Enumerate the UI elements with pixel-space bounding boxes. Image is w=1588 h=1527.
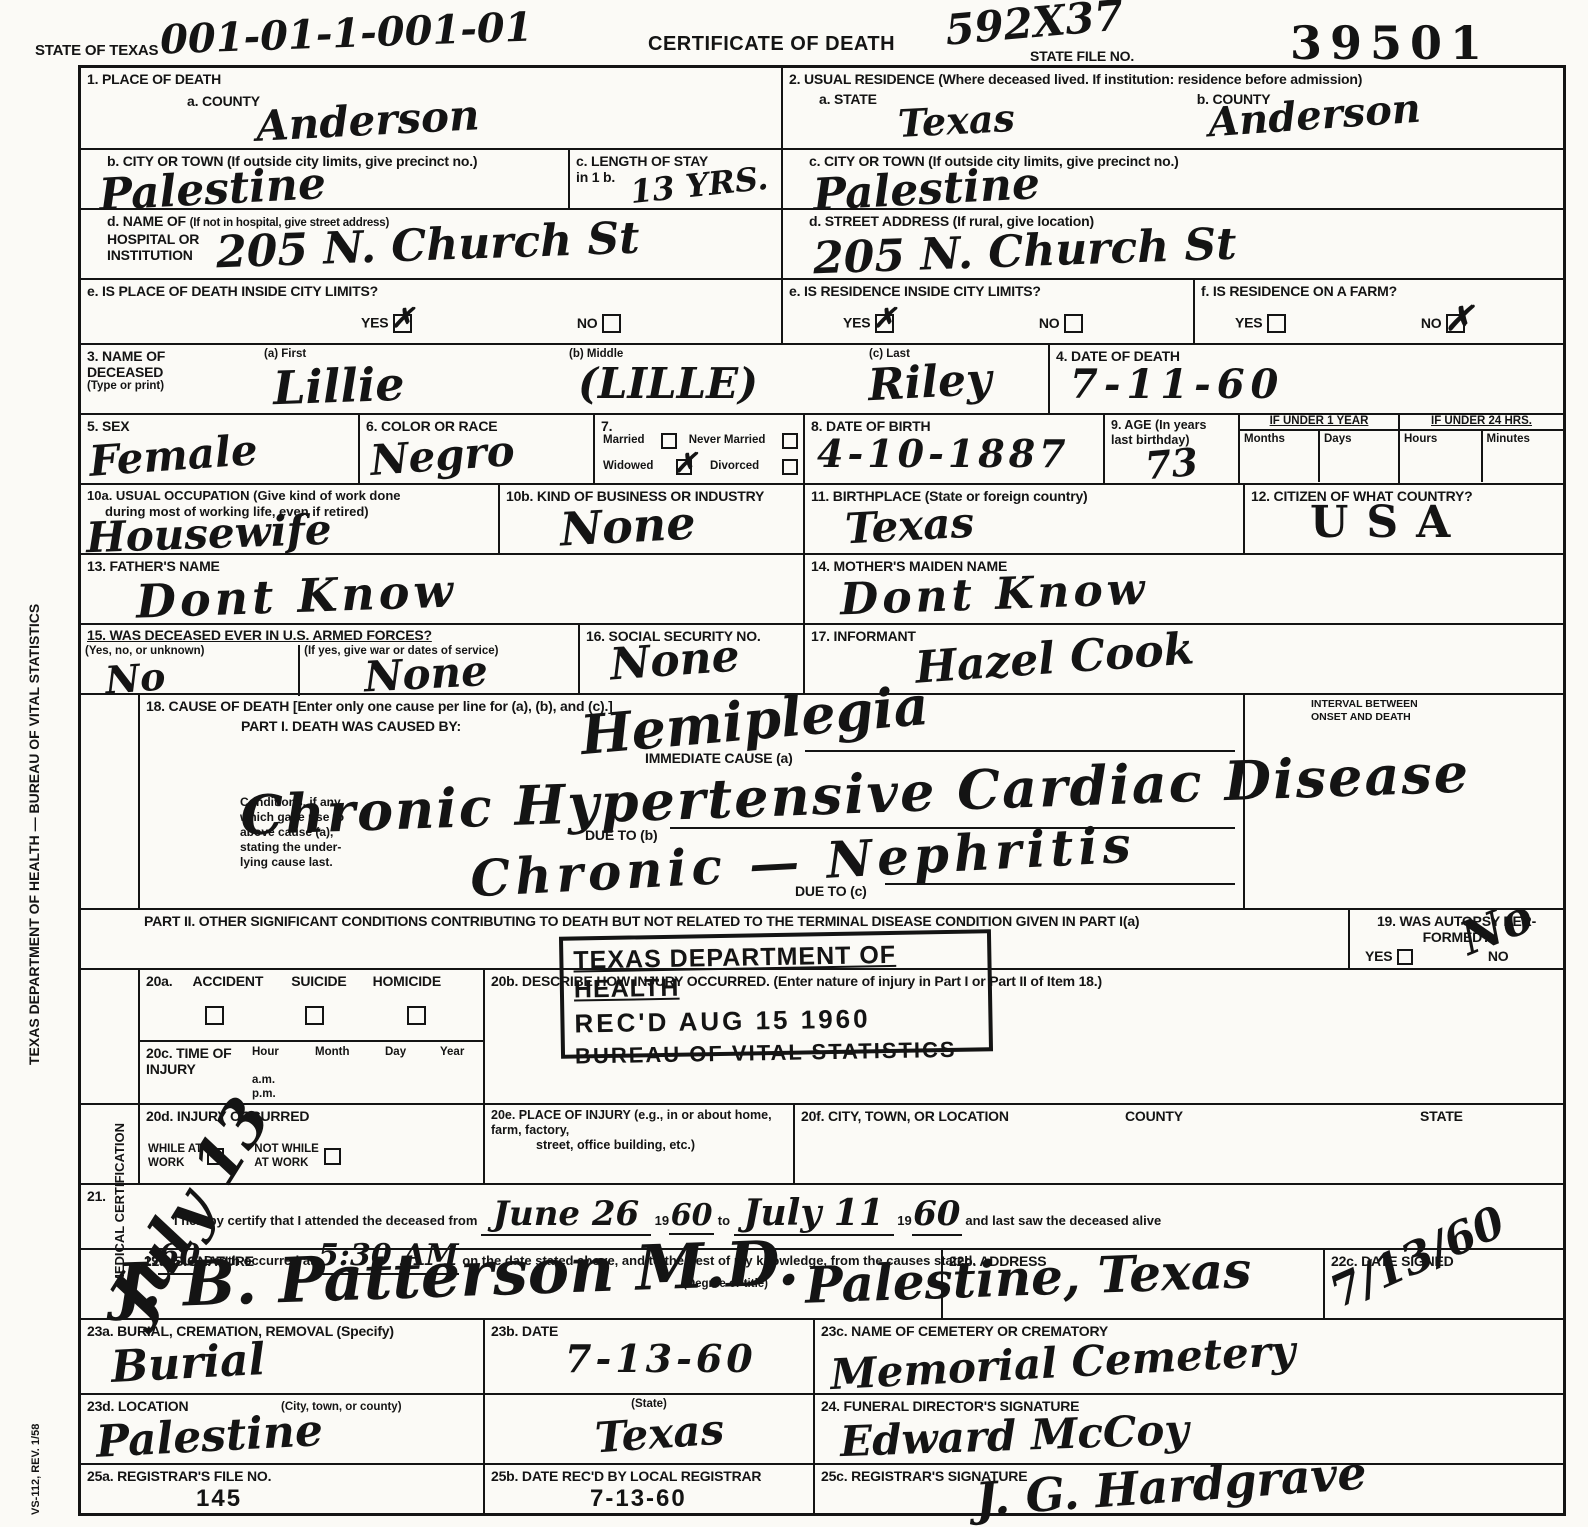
field-place-of-injury: 20e. PLACE OF INJURY (e.g., in or about … bbox=[483, 1105, 793, 1183]
item-21-label: 21. bbox=[87, 1188, 132, 1204]
yes-checkbox-mark: ✗ bbox=[873, 305, 896, 332]
divorced-label: Divorced bbox=[710, 460, 759, 474]
item-20a-label: 20a. bbox=[146, 973, 172, 989]
field-first-name: (a) First Lillie bbox=[258, 345, 563, 413]
field-burial-date: 23b. DATE 7-13-60 bbox=[483, 1320, 813, 1393]
field-cemetery-name: 23c. NAME OF CEMETERY OR CREMATORY Memor… bbox=[813, 1320, 1563, 1393]
hours-label: Hours bbox=[1400, 431, 1481, 482]
field-hospital-name: d. NAME OF (If not in hospital, give str… bbox=[81, 210, 781, 278]
name-title-2: DECEASED bbox=[87, 364, 252, 380]
field-age: 9. AGE (In years last birthday) 73 bbox=[1103, 415, 1238, 483]
medical-certification-strip bbox=[81, 970, 138, 1103]
field-date-received: 25b. DATE REC'D BY LOCAL REGISTRAR 7-13-… bbox=[483, 1465, 813, 1513]
birthplace-label: 11. BIRTHPLACE (State or foreign country… bbox=[811, 488, 1237, 504]
autopsy-yes-checkbox bbox=[1397, 949, 1413, 965]
row-sex-race-marital-birth: 5. SEX Female 6. COLOR OR RACE Negro 7. … bbox=[81, 413, 1563, 483]
field-injury-city-county-state: 20f. CITY, TOWN, OR LOCATION COUNTY STAT… bbox=[793, 1105, 1563, 1183]
field-if-under-24-hrs: IF UNDER 24 HRS. Hours Minutes bbox=[1398, 415, 1563, 483]
field-death-city-limits: e. IS PLACE OF DEATH INSIDE CITY LIMITS?… bbox=[81, 280, 781, 343]
date-of-birth-value: 4-10-1887 bbox=[817, 431, 1070, 476]
color-race-value: Negro bbox=[368, 426, 516, 485]
row-institution-address: d. NAME OF (If not in hospital, give str… bbox=[81, 208, 1563, 278]
field-residence-city: c. CITY OR TOWN (If outside city limits,… bbox=[781, 150, 1563, 208]
field-citizen: 12. CITIZEN OF WHAT COUNTRY? USA bbox=[1243, 485, 1563, 553]
homicide-label: HOMICIDE bbox=[373, 973, 441, 989]
accident-checkbox bbox=[205, 1006, 224, 1025]
field-accident-suicide-homicide: 20a. ACCIDENT SUICIDE HOMICIDE 20c. TIME… bbox=[138, 970, 483, 1103]
never-married-label: Never Married bbox=[689, 434, 766, 448]
age-value: 73 bbox=[1143, 439, 1200, 488]
armed-forces-label: 15. WAS DECEASED EVER IN U.S. ARMED FORC… bbox=[81, 625, 578, 645]
yes-checkbox: ✗ bbox=[875, 314, 894, 333]
no-label: NO bbox=[1421, 315, 1442, 331]
burial-date-value: 7-13-60 bbox=[565, 1336, 757, 1381]
received-stamp: TEXAS DEPARTMENT OF HEALTH REC'D AUG 15 … bbox=[559, 929, 993, 1059]
field-occupation: 10a. USUAL OCCUPATION (Give kind of work… bbox=[81, 485, 498, 553]
field-if-under-1-year: IF UNDER 1 YEAR Months Days bbox=[1238, 415, 1398, 483]
field-business-industry: 10b. KIND OF BUSINESS OR INDUSTRY None bbox=[498, 485, 803, 553]
row-burial: 23a. BURIAL, CREMATION, REMOVAL (Specify… bbox=[81, 1318, 1563, 1393]
occupation-label-1: 10a. USUAL OCCUPATION (Give kind of work… bbox=[87, 488, 492, 504]
first-name-value: Lillie bbox=[272, 357, 405, 416]
divorced-checkbox bbox=[782, 459, 798, 475]
burial-location-label: 23d. LOCATION bbox=[87, 1398, 188, 1414]
row-name-of-deceased: 3. NAME OF DECEASED (Type or print) (a) … bbox=[81, 343, 1563, 413]
last-name-value: Riley bbox=[867, 354, 993, 411]
yes-label: YES bbox=[361, 315, 388, 331]
row-city-limits: e. IS PLACE OF DEATH INSIDE CITY LIMITS?… bbox=[81, 278, 1563, 343]
field-date-of-birth: 8. DATE OF BIRTH 4-10-1887 bbox=[803, 415, 1103, 483]
field-place-of-death: 1. PLACE OF DEATH a. COUNTY Anderson bbox=[81, 68, 781, 148]
day-label: Day bbox=[385, 1046, 406, 1060]
name-title-1: 3. NAME OF bbox=[87, 348, 252, 364]
field-certify-statement: I hereby certify that I attended the dec… bbox=[138, 1185, 1563, 1248]
no-checkbox-mark: ✗ bbox=[1444, 302, 1473, 336]
time-of-injury-label-2: INJURY bbox=[146, 1061, 477, 1077]
funeral-director-value: Edward McCoy bbox=[839, 1405, 1189, 1466]
field-color-race: 6. COLOR OR RACE Negro bbox=[358, 415, 593, 483]
mother-maiden-name-value: Dont Know bbox=[839, 564, 1149, 626]
medical-certification-strip bbox=[81, 695, 138, 908]
field-date-of-death: 4. DATE OF DEATH 7-11-60 bbox=[1048, 345, 1563, 413]
residence-city-limits-label: e. IS RESIDENCE INSIDE CITY LIMITS? bbox=[789, 283, 1187, 299]
row-registrar: 25a. REGISTRAR'S FILE NO. 145 25b. DATE … bbox=[81, 1463, 1563, 1513]
medical-certification-strip bbox=[81, 910, 138, 968]
accident-label: ACCIDENT bbox=[192, 973, 263, 989]
time-of-injury-label-1: 20c. TIME OF bbox=[146, 1045, 477, 1061]
widowed-label: Widowed bbox=[603, 460, 653, 474]
date-received-value: 7-13-60 bbox=[590, 1485, 687, 1513]
date-of-death-value: 7-11-60 bbox=[1070, 361, 1284, 408]
pm-label: p.m. bbox=[252, 1088, 276, 1102]
row-city-town: b. CITY OR TOWN (If outside city limits,… bbox=[81, 148, 1563, 208]
margin-dept-text: TEXAS DEPARTMENT OF HEALTH — BUREAU OF V… bbox=[26, 185, 42, 1065]
hour-label: Hour bbox=[252, 1046, 279, 1060]
field-father-name: 13. FATHER'S NAME Dont Know bbox=[81, 555, 803, 623]
hospital-label-1: d. NAME OF bbox=[107, 213, 186, 229]
suicide-checkbox bbox=[305, 1006, 324, 1025]
injury-state-label: STATE bbox=[1420, 1108, 1463, 1124]
field-registrar-file-no: 25a. REGISTRAR'S FILE NO. 145 bbox=[81, 1465, 483, 1513]
interval-label-1: INTERVAL BETWEEN bbox=[1311, 698, 1557, 711]
interval-label-2: ONSET AND DEATH bbox=[1311, 711, 1557, 724]
married-checkbox bbox=[661, 433, 677, 449]
death-city-limits-label: e. IS PLACE OF DEATH INSIDE CITY LIMITS? bbox=[87, 283, 775, 299]
homicide-checkbox bbox=[407, 1006, 426, 1025]
stamp-line-1: TEXAS DEPARTMENT OF HEALTH bbox=[573, 939, 978, 1004]
field-residence-city-limits: e. IS RESIDENCE INSIDE CITY LIMITS? YES✗… bbox=[781, 280, 1193, 343]
field-burial-state: (State) Texas bbox=[483, 1395, 813, 1463]
yes-label: YES bbox=[1365, 948, 1392, 964]
under-24-hrs-label: IF UNDER 24 HRS. bbox=[1400, 415, 1563, 431]
field-name-title: 3. NAME OF DECEASED (Type or print) bbox=[81, 345, 258, 413]
state-file-no-label: STATE FILE NO. bbox=[1030, 48, 1134, 64]
no-label: NO bbox=[577, 315, 598, 331]
married-label: Married bbox=[603, 434, 645, 448]
field-funeral-director-signature: 24. FUNERAL DIRECTOR'S SIGNATURE Edward … bbox=[813, 1395, 1563, 1463]
age-label-1: 9. AGE (In years bbox=[1111, 418, 1232, 433]
injury-city-label: 20f. CITY, TOWN, OR LOCATION bbox=[801, 1108, 1009, 1124]
residence-state-label: a. STATE bbox=[819, 91, 877, 107]
not-while-at-work-checkbox bbox=[324, 1148, 341, 1165]
sex-value: Female bbox=[87, 425, 259, 486]
handwritten-code: 592X37 bbox=[943, 0, 1125, 55]
registrar-file-no-label: 25a. REGISTRAR'S FILE NO. bbox=[87, 1468, 477, 1484]
widowed-checkbox-mark: ✗ bbox=[674, 450, 697, 477]
burial-type-label: 23a. BURIAL, CREMATION, REMOVAL (Specify… bbox=[87, 1323, 477, 1339]
field-marital-status: 7. Married Never Married Widowed✗ Divorc… bbox=[593, 415, 803, 483]
usual-residence-title: 2. USUAL RESIDENCE (Where deceased lived… bbox=[789, 71, 1557, 87]
middle-name-value: (LILLE) bbox=[578, 359, 758, 408]
yes-checkbox bbox=[1267, 314, 1286, 333]
certify-text-2: and last saw the deceased alive bbox=[965, 1213, 1161, 1228]
place-of-injury-label-2: street, office building, etc.) bbox=[536, 1138, 787, 1153]
field-sex: 5. SEX Female bbox=[81, 415, 358, 483]
field-middle-name: (b) Middle (LILLE) bbox=[563, 345, 863, 413]
no-checkbox: ✗ bbox=[1446, 314, 1465, 333]
local-file-number-handwritten: 001-01-1-001-01 bbox=[159, 4, 533, 64]
burial-state-value: Texas bbox=[593, 1405, 725, 1463]
stamp-line-2: REC'D AUG 15 1960 bbox=[574, 1001, 978, 1039]
citizen-value: USA bbox=[1310, 497, 1468, 548]
row-certify-statement: 21. I hereby certify that I attended the… bbox=[81, 1183, 1563, 1248]
yes-label: YES bbox=[1235, 315, 1262, 331]
field-registrar-signature: 25c. REGISTRAR'S SIGNATURE J. G. Hardgra… bbox=[813, 1465, 1563, 1513]
no-checkbox bbox=[602, 314, 621, 333]
injury-occurred-label: 20d. INJURY OCCURRED bbox=[146, 1108, 477, 1124]
from-year-value: 60 bbox=[671, 1198, 713, 1233]
am-label: a.m. bbox=[252, 1074, 275, 1088]
field-street-address: d. STREET ADDRESS (If rural, give locati… bbox=[781, 210, 1563, 278]
row-occupation-birthplace: 10a. USUAL OCCUPATION (Give kind of work… bbox=[81, 483, 1563, 553]
no-label: NO bbox=[1039, 315, 1060, 331]
residence-farm-label: f. IS RESIDENCE ON A FARM? bbox=[1201, 283, 1557, 299]
row-injury-place: 20d. INJURY OCCURRED WHILE ATWORK NOT WH… bbox=[81, 1103, 1563, 1183]
months-label: Months bbox=[1240, 431, 1318, 482]
under-1-year-label: IF UNDER 1 YEAR bbox=[1240, 415, 1398, 431]
field-mother-maiden-name: 14. MOTHER'S MAIDEN NAME Dont Know bbox=[803, 555, 1563, 623]
field-residence-farm: f. IS RESIDENCE ON A FARM? YES NO✗ bbox=[1193, 280, 1563, 343]
ssn-value: None bbox=[608, 631, 741, 691]
year-label: Year bbox=[440, 1046, 464, 1060]
residence-state-value: Texas bbox=[897, 95, 1016, 146]
field-birthplace: 11. BIRTHPLACE (State or foreign country… bbox=[803, 485, 1243, 553]
days-label: Days bbox=[1318, 431, 1398, 482]
no-checkbox bbox=[1064, 314, 1083, 333]
birthplace-value: Texas bbox=[844, 498, 975, 554]
death-certificate-scan: TEXAS DEPARTMENT OF HEALTH — BUREAU OF V… bbox=[0, 0, 1588, 1527]
burial-type-value: Burial bbox=[110, 1334, 267, 1393]
field-ssn: 16. SOCIAL SECURITY NO. None bbox=[578, 625, 803, 693]
marital-num-label: 7. bbox=[601, 418, 797, 434]
state-file-number: 39501 bbox=[1290, 16, 1490, 70]
business-industry-value: None bbox=[559, 495, 697, 556]
field-burial-location: 23d. LOCATION (City, town, or county) Pa… bbox=[81, 1395, 483, 1463]
attended-from-value: June 26 bbox=[493, 1194, 639, 1234]
widowed-checkbox: ✗ bbox=[676, 459, 692, 475]
injury-county-label: COUNTY bbox=[1125, 1108, 1183, 1124]
yes-label: YES bbox=[843, 315, 870, 331]
date-received-label: 25b. DATE REC'D BY LOCAL REGISTRAR bbox=[491, 1468, 807, 1484]
field-length-of-stay: c. LENGTH OF STAY in 1 b. 13 YRS. bbox=[568, 150, 781, 208]
field-burial-type: 23a. BURIAL, CREMATION, REMOVAL (Specify… bbox=[81, 1320, 483, 1393]
registrar-file-no-value: 145 bbox=[196, 1485, 242, 1513]
funeral-director-label: 24. FUNERAL DIRECTOR'S SIGNATURE bbox=[821, 1398, 1557, 1414]
row-parents: 13. FATHER'S NAME Dont Know 14. MOTHER'S… bbox=[81, 553, 1563, 623]
field-city-of-death: b. CITY OR TOWN (If outside city limits,… bbox=[81, 150, 568, 208]
month-label: Month bbox=[315, 1046, 349, 1060]
county-value: Anderson bbox=[255, 90, 481, 151]
never-married-checkbox bbox=[782, 433, 798, 449]
field-armed-forces: 15. WAS DECEASED EVER IN U.S. ARMED FORC… bbox=[81, 625, 578, 693]
place-of-death-title: 1. PLACE OF DEATH bbox=[87, 71, 775, 87]
yes-checkbox: ✗ bbox=[393, 314, 412, 333]
suicide-label: SUICIDE bbox=[291, 973, 346, 989]
burial-city-value: Palestine bbox=[95, 1405, 324, 1468]
field-usual-residence: 2. USUAL RESIDENCE (Where deceased lived… bbox=[781, 68, 1563, 148]
place-of-injury-label-1: 20e. PLACE OF INJURY (e.g., in or about … bbox=[491, 1108, 787, 1138]
minutes-label: Minutes bbox=[1481, 431, 1564, 482]
to-year-value: 60 bbox=[913, 1194, 960, 1234]
row-place-residence: 1. PLACE OF DEATH a. COUNTY Anderson 2. … bbox=[81, 68, 1563, 148]
margin-form-number: VS-112, REV. 1/58 bbox=[30, 1330, 42, 1515]
certificate-title: CERTIFICATE OF DEATH bbox=[648, 33, 895, 56]
father-name-value: Dont Know bbox=[135, 563, 458, 628]
yes-checkbox-mark: ✗ bbox=[391, 305, 414, 332]
medical-certification-strip bbox=[81, 1105, 138, 1183]
part2-label: PART II. OTHER SIGNIFICANT CONDITIONS CO… bbox=[144, 913, 1342, 929]
field-last-name: (c) Last Riley bbox=[863, 345, 1048, 413]
state-of-texas-label: STATE OF TEXAS bbox=[35, 42, 158, 59]
name-title-3: (Type or print) bbox=[87, 380, 252, 394]
